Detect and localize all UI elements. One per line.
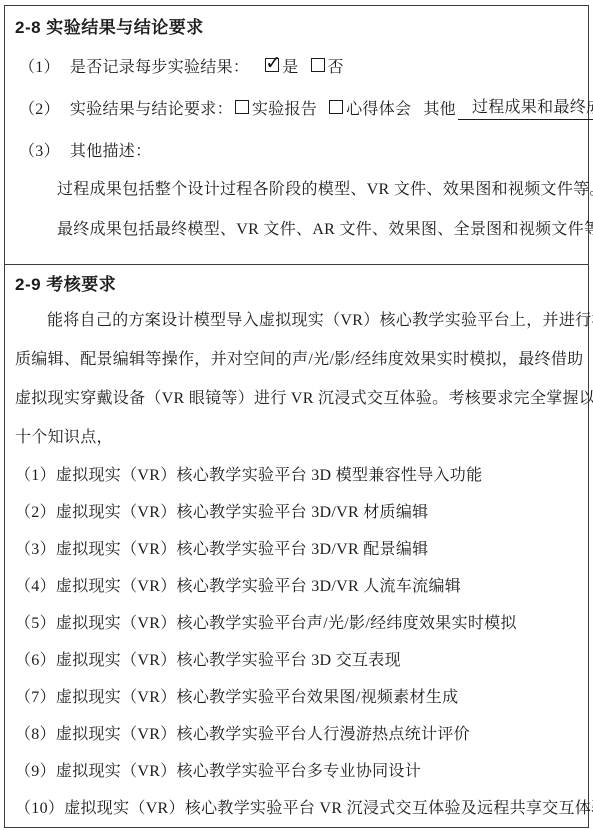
assessment-paragraph-line: 能将自己的方案设计模型导入虚拟现实（VR）核心教学实验平台上，并进行材	[13, 301, 582, 340]
checkbox-unchecked-icon	[235, 100, 249, 114]
knowledge-point-text: 虚拟现实（VR）核心教学实验平台 3D 交互表现	[56, 652, 401, 669]
knowledge-point-number: （9）	[15, 763, 56, 780]
assessment-paragraph-line: 质编辑、配景编辑等操作，并对空间的声/光/影/经纬度效果实时模拟，最终借助	[13, 340, 582, 379]
question-result-requirements: 实验结果与结论要求：	[70, 96, 233, 119]
other-label: 其他	[423, 96, 456, 119]
assessment-paragraph-line: 虚拟现实穿戴设备（VR 眼镜等）进行 VR 沉浸式交互体验。考核要求完全掌握以下	[13, 379, 582, 418]
option-reflection-label: 心得体会	[346, 96, 411, 119]
row-result-requirements: （2） 实验结果与结论要求： 实验报告 心得体会 其他 过程成果和最终成果	[13, 86, 582, 128]
knowledge-point-text: 虚拟现实（VR）核心教学实验平台 VR 沉浸式交互体验及远程共享交互体验	[64, 800, 593, 817]
knowledge-point-number: （8）	[15, 726, 56, 743]
section-2-9-title: 2-9 考核要求	[13, 269, 582, 301]
option-no: 否	[311, 54, 344, 77]
option-report-label: 实验报告	[252, 96, 317, 119]
item-number-1: （1）	[19, 54, 60, 77]
checkbox-unchecked-icon	[311, 58, 325, 72]
option-yes: 是	[265, 54, 298, 77]
item-number-3: （3）	[19, 138, 60, 161]
knowledge-point-number: （1）	[15, 467, 56, 484]
checkbox-unchecked-icon	[329, 100, 343, 114]
row-record-results: （1） 是否记录每步实验结果： 是 否	[13, 44, 582, 86]
assessment-paragraph-line: 十个知识点，	[13, 418, 582, 457]
knowledge-point-item: （10）虚拟现实（VR）核心教学实验平台 VR 沉浸式交互体验及远程共享交互体验	[13, 790, 582, 827]
row-other-description: （3） 其他描述：	[13, 128, 582, 170]
knowledge-point-item: （5）虚拟现实（VR）核心教学实验平台声/光/影/经纬度效果实时模拟	[13, 605, 582, 642]
knowledge-point-item: （4）虚拟现实（VR）核心教学实验平台 3D/VR 人流车流编辑	[13, 568, 582, 605]
knowledge-point-text: 虚拟现实（VR）核心教学实验平台人行漫游热点统计评价	[56, 726, 470, 743]
knowledge-point-item: （3）虚拟现实（VR）核心教学实验平台 3D/VR 配景编辑	[13, 531, 582, 568]
knowledge-point-number: （4）	[15, 578, 56, 595]
question-record-results: 是否记录每步实验结果：	[70, 54, 249, 77]
knowledge-point-item: （2）虚拟现实（VR）核心教学实验平台 3D/VR 材质编辑	[13, 494, 582, 531]
knowledge-point-text: 虚拟现实（VR）核心教学实验平台 3D/VR 人流车流编辑	[56, 578, 461, 595]
knowledge-point-item: （7）虚拟现实（VR）核心教学实验平台效果图/视频素材生成	[13, 679, 582, 716]
section-2-8-title: 2-8 实验结果与结论要求	[13, 12, 582, 44]
other-answer-field: 过程成果和最终成果	[458, 94, 593, 120]
checkbox-checked-icon	[265, 58, 279, 72]
option-no-label: 否	[328, 54, 344, 77]
knowledge-point-number: （10）	[15, 800, 64, 817]
option-report: 实验报告	[235, 96, 317, 119]
section-2-9: 2-9 考核要求 能将自己的方案设计模型导入虚拟现实（VR）核心教学实验平台上，…	[5, 265, 588, 827]
knowledge-point-item: （9）虚拟现实（VR）核心教学实验平台多专业协同设计	[13, 753, 582, 790]
knowledge-point-text: 虚拟现实（VR）核心教学实验平台 3D 模型兼容性导入功能	[56, 467, 482, 484]
knowledge-point-item: （6）虚拟现实（VR）核心教学实验平台 3D 交互表现	[13, 642, 582, 679]
form-table: 2-8 实验结果与结论要求 （1） 是否记录每步实验结果： 是 否 （2） 实验…	[4, 5, 589, 828]
knowledge-point-number: （2）	[15, 504, 56, 521]
item-number-2: （2）	[19, 96, 60, 119]
knowledge-point-item: （1）虚拟现实（VR）核心教学实验平台 3D 模型兼容性导入功能	[13, 457, 582, 494]
option-yes-label: 是	[282, 54, 298, 77]
knowledge-point-number: （6）	[15, 652, 56, 669]
knowledge-point-text: 虚拟现实（VR）核心教学实验平台 3D/VR 材质编辑	[56, 504, 429, 521]
description-line-process: 过程成果包括整个设计过程各阶段的模型、VR 文件、效果图和视频文件等。	[13, 170, 582, 210]
description-line-final: 最终成果包括最终模型、VR 文件、AR 文件、效果图、全景图和视频文件等。	[13, 210, 582, 250]
knowledge-point-text: 虚拟现实（VR）核心教学实验平台声/光/影/经纬度效果实时模拟	[56, 615, 517, 632]
knowledge-point-text: 虚拟现实（VR）核心教学实验平台效果图/视频素材生成	[56, 689, 458, 706]
knowledge-point-number: （3）	[15, 541, 56, 558]
question-other-description: 其他描述：	[70, 138, 152, 161]
option-reflection: 心得体会	[329, 96, 411, 119]
section-2-8: 2-8 实验结果与结论要求 （1） 是否记录每步实验结果： 是 否 （2） 实验…	[5, 6, 588, 265]
knowledge-point-text: 虚拟现实（VR）核心教学实验平台多专业协同设计	[56, 763, 421, 780]
knowledge-point-number: （7）	[15, 689, 56, 706]
knowledge-point-item: （8）虚拟现实（VR）核心教学实验平台人行漫游热点统计评价	[13, 716, 582, 753]
knowledge-point-number: （5）	[15, 615, 56, 632]
knowledge-point-text: 虚拟现实（VR）核心教学实验平台 3D/VR 配景编辑	[56, 541, 429, 558]
